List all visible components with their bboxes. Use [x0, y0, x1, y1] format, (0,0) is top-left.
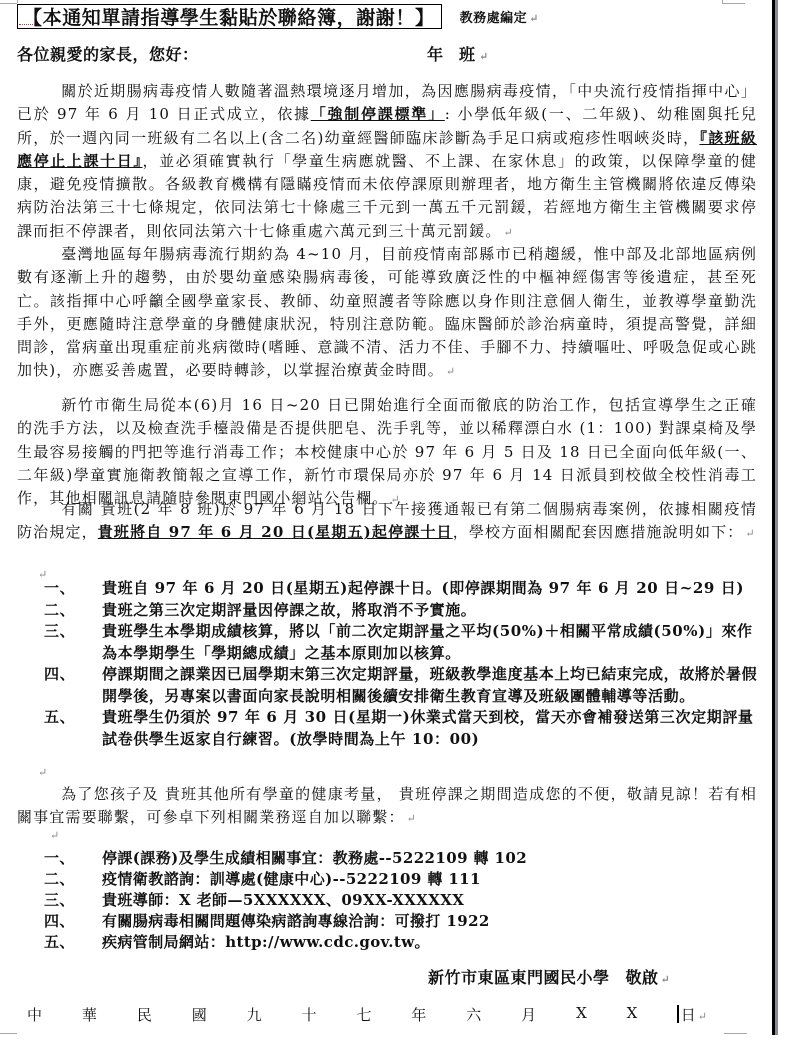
issuer-label: 教務處編定↵: [460, 7, 539, 26]
measure-item-1: 一、貴班自 97 年 6 月 20 日(星期五)起停課十日。(即停課期間為 97…: [44, 578, 764, 600]
measure-text: 貴班之第三次定期評量因停課之故，將取消不予實施。: [102, 600, 764, 622]
paragraph-mark-icon: ↵: [698, 1010, 707, 1023]
date-char: 九: [247, 1004, 262, 1025]
p1-emphasis-standard: 「強制停課標準」: [311, 105, 445, 123]
p4-emphasis-suspension-date: 貴班將自 97 年 6 月 20 日(星期五)起停課十日: [98, 523, 453, 541]
paragraph-contact-intro: 為了您孩子及 貴班其他所有學童的健康考量， 貴班停課之期間造成您的不便，敬請見諒…: [17, 783, 757, 831]
class-label: 班: [459, 45, 477, 64]
measure-item-5: 五、貴班學生仍須於 97 年 6 月 30 日(星期一)休業式當天到校，當天亦會…: [44, 707, 764, 750]
date-char: 民: [137, 1004, 152, 1025]
spellcheck-squiggle: [19, 22, 35, 25]
contact-item-teacher: 三、貴班導師：X 老師—5XXXXXX、09XX-XXXXXX: [44, 890, 744, 911]
date-char: 十: [302, 1004, 317, 1025]
signature: 新竹市東區東門國民小學敬啟↵: [428, 965, 670, 988]
paragraph-mark-icon: ↵: [661, 973, 671, 986]
date-char: 中: [27, 1004, 42, 1025]
date-char: 華: [82, 1004, 97, 1025]
paragraph-mark-icon: ↵: [745, 527, 755, 540]
paragraph-disinfection: 新竹市衛生局從本(6)月 16 日~20 日已開始進行全面而徹底的防治工作，包括…: [17, 394, 757, 511]
paragraph-mark-icon: ↵: [529, 12, 539, 25]
measure-number: 一、: [44, 578, 102, 600]
contact-item-hotline: 四、有關腸病毒相關問題傳染病諮詢專線洽詢：可撥打 1922: [44, 911, 744, 932]
closing-salutation: 敬啟: [626, 968, 659, 987]
paragraph-mark-icon: ↵: [504, 226, 514, 239]
date-char: 年: [411, 1004, 426, 1025]
contact-text[interactable]: 疾病管制局網站：http://www.cdc.gov.tw。: [102, 932, 430, 953]
date-char: X: [576, 1004, 587, 1025]
measure-text: 貴班自 97 年 6 月 20 日(星期五)起停課十日。(即停課期間為 97 年…: [102, 578, 764, 600]
paragraph-mark-icon: ↵: [407, 812, 417, 825]
contact-item-academic: 一、停課(課務)及學生成績相關事宜：教務處--5222109 轉 102: [44, 848, 744, 869]
measures-list: 一、貴班自 97 年 6 月 20 日(星期五)起停課十日。(即停課期間為 97…: [44, 578, 764, 750]
date-char: X: [627, 1004, 638, 1025]
contact-text: 疫情衛教諮詢：訓導處(健康中心)--5222109 轉 111: [102, 869, 481, 890]
contact-number: 四、: [44, 911, 102, 932]
page-right-edge-shadow: [775, 0, 778, 1035]
paragraph-epidemic: 臺灣地區每年腸病毒流行期約為 4~10 月，目前疫情南部縣市已稍趨緩，惟中部及北…: [17, 243, 757, 384]
measure-item-2: 二、貴班之第三次定期評量因停課之故，將取消不予實施。: [44, 600, 764, 622]
contact-number: 三、: [44, 890, 102, 911]
p2-text: 臺灣地區每年腸病毒流行期約為 4~10 月，目前疫情南部縣市已稍趨緩，惟中部及北…: [17, 245, 757, 379]
contact-text: 貴班導師：X 老師—5XXXXXX、09XX-XXXXXX: [102, 890, 464, 911]
document-header: 【本通知單請指導學生黏貼於聯絡簿，謝謝！】 教務處編定↵: [17, 3, 539, 29]
issuer-text: 教務處編定: [460, 11, 528, 26]
paragraph-mark-icon: ↵: [50, 829, 59, 842]
grade-class-field: 年班↵: [427, 42, 504, 65]
measure-number: 四、: [44, 664, 102, 707]
measure-item-4: 四、停課期間之課業因已屆學期末第三次定期評量，班級教學進度基本上均已結束完成，故…: [44, 664, 764, 707]
contact-item-health: 二、疫情衛教諮詢：訓導處(健康中心)--5222109 轉 111: [44, 869, 744, 890]
notice-banner: 【本通知單請指導學生黏貼於聯絡簿，謝謝！】: [17, 4, 442, 29]
date-char: 六: [466, 1004, 481, 1025]
date-char: 月: [521, 1004, 536, 1025]
grade-label: 年: [427, 45, 445, 64]
measure-number: 五、: [44, 707, 102, 750]
contact-text: 有關腸病毒相關問題傳染病諮詢專線洽詢：可撥打 1922: [102, 911, 490, 932]
contact-number: 一、: [44, 848, 102, 869]
p5-text: 為了您孩子及 貴班其他所有學童的健康考量， 貴班停課之期間造成您的不便，敬請見諒…: [17, 785, 757, 826]
contact-item-website: 五、疾病管制局網站：http://www.cdc.gov.tw。: [44, 932, 744, 953]
paragraph-policy: 關於近期腸病毒疫情人數隨著溫熱環境逐月增加，為因應腸病毒疫情，「中央流行疫情指揮…: [17, 80, 757, 244]
measure-item-3: 三、貴班學生本學期成績核算，將以「前二次定期評量之平均(50%)＋相關平常成績(…: [44, 621, 764, 664]
crop-mark-bottom-right: [724, 1033, 747, 1034]
p4-text-2: ，學校方面相關配套因應措施說明如下：: [453, 523, 744, 541]
date-char: 七: [356, 1004, 371, 1025]
notice-text: 【本通知單請指導學生黏貼於聯絡簿，謝謝！】: [23, 3, 435, 30]
contacts-list: 一、停課(課務)及學生成績相關事宜：教務處--5222109 轉 102 二、疫…: [44, 848, 744, 953]
paragraph-mark-icon: ↵: [446, 365, 456, 378]
date-char-with-cursor[interactable]: 日↵: [677, 1004, 707, 1025]
contact-number: 二、: [44, 869, 102, 890]
school-name: 新竹市東區東門國民小學: [428, 968, 610, 987]
contact-text: 停課(課務)及學生成績相關事宜：教務處--5222109 轉 102: [102, 848, 527, 869]
measure-text: 貴班學生仍須於 97 年 6 月 30 日(星期一)休業式當天到校，當天亦會補發…: [102, 707, 764, 750]
date-line: 中 華 民 國 九 十 七 年 六 月 X X 日↵: [27, 1004, 707, 1025]
crop-mark-top-right-v: [722, 0, 723, 3]
crop-mark-top-right: [722, 3, 745, 4]
measure-text: 停課期間之課業因已屆學期末第三次定期評量，班級教學進度基本上均已結束完成，故將於…: [102, 664, 764, 707]
text-cursor: [677, 1005, 679, 1023]
crop-mark-top-left: [0, 3, 17, 4]
p3-text: 新竹市衛生局從本(6)月 16 日~20 日已開始進行全面而徹底的防治工作，包括…: [17, 396, 757, 507]
measure-text: 貴班學生本學期成績核算，將以「前二次定期評量之平均(50%)＋相關平常成績(50…: [102, 621, 764, 664]
date-char: 國: [192, 1004, 207, 1025]
paragraph-mark-icon: ↵: [479, 50, 490, 63]
greeting: 各位親愛的家長，您好：: [17, 42, 199, 65]
date-char: 日: [681, 1006, 696, 1024]
contact-number: 五、: [44, 932, 102, 953]
measure-number: 三、: [44, 621, 102, 664]
crop-mark-bottom-left: [0, 1033, 17, 1034]
paragraph-class-case: 有關 貴班(2 年 8 班)於 97 年 6 月 18 日下午接獲通報已有第二個…: [17, 498, 757, 546]
measure-number: 二、: [44, 600, 102, 622]
paragraph-mark-icon: ↵: [38, 766, 47, 779]
